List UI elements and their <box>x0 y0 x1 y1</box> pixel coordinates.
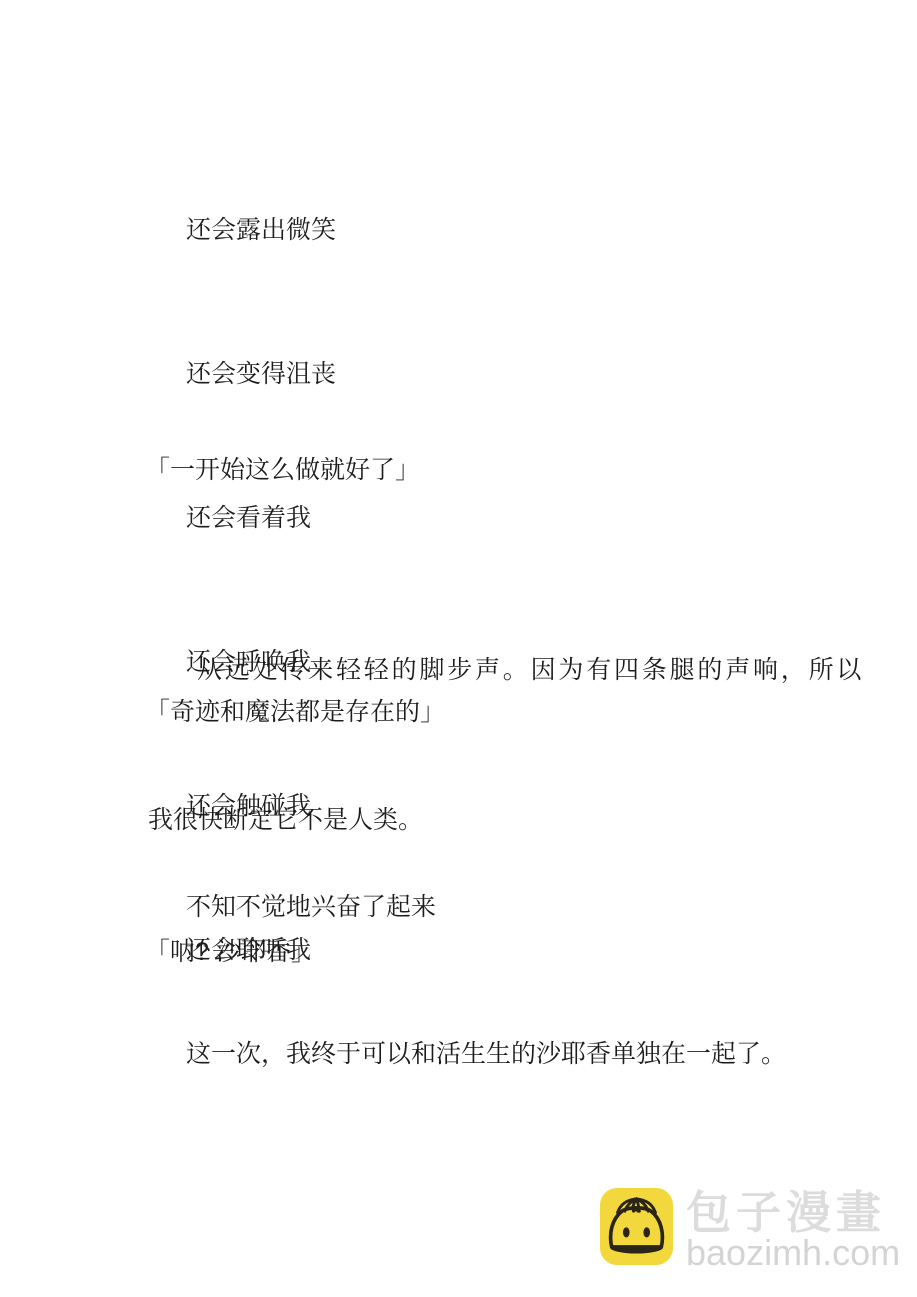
verse-line: 还会变得沮丧 <box>186 350 336 398</box>
novel-text-page: 还会露出微笑 还会变得沮丧 还会看着我 还会呼唤我 还会触碰我 还会聆听我 「一… <box>0 0 917 1297</box>
narration-line: 这一次，我终于可以和活生生的沙耶香单独在一起了。 <box>186 1030 786 1079</box>
narration-block: 不知不觉地兴奋了起来 这一次，我终于可以和活生生的沙耶香单独在一起了。 <box>186 785 786 1177</box>
verse-line: 还会看着我 <box>186 494 336 542</box>
site-watermark: 包子漫畫 baozimh.com <box>600 1188 900 1269</box>
site-url: baozimh.com <box>686 1237 900 1269</box>
watermark-text: 包子漫畫 baozimh.com <box>686 1188 900 1269</box>
baozi-bun-icon <box>600 1188 673 1265</box>
narration-line: 不知不觉地兴奋了起来 <box>186 883 786 932</box>
dialogue-line: 「一开始这么做就好了」 <box>145 446 420 494</box>
dialogue-line: 「呐? 沙耶香」 <box>145 928 316 976</box>
site-name: 包子漫畫 <box>686 1188 900 1237</box>
verse-line: 还会露出微笑 <box>186 206 336 254</box>
dialogue-line: 「奇迹和魔法都是存在的」 <box>145 688 445 736</box>
